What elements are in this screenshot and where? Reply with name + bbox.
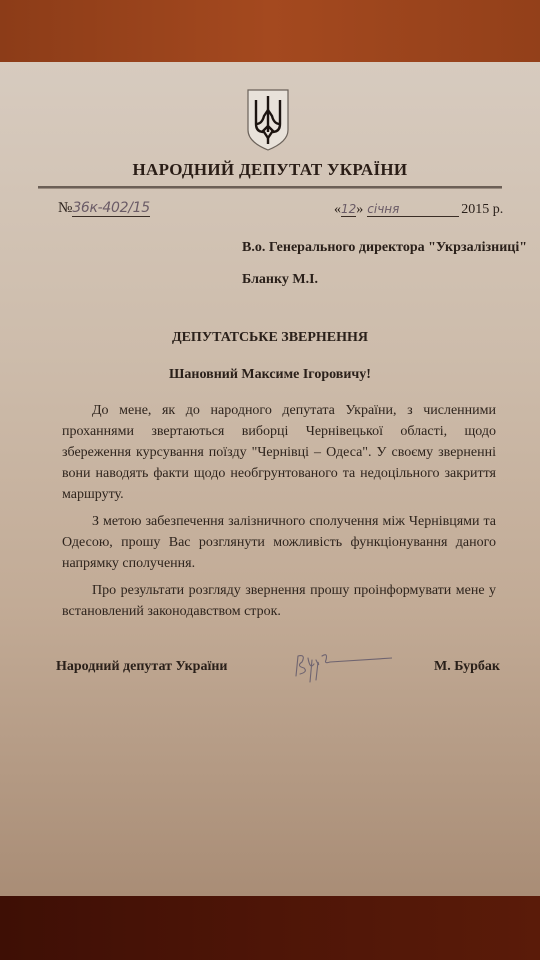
date-year: 2015 р. (461, 202, 503, 217)
letter-body: До мене, як до народного депутата Україн… (62, 400, 496, 628)
addressee-name: Бланку М.І. (242, 272, 318, 288)
signatory-name: М. Бурбак (434, 659, 500, 675)
handwritten-signature-icon (292, 646, 392, 686)
date-close-quote: » (356, 202, 363, 217)
letter-paper: НАРОДНИЙ ДЕПУТАТ УКРАЇНИ №36к-402/15 «12… (0, 62, 540, 896)
signatory-position: Народний депутат України (56, 659, 227, 675)
reference-prefix: № (58, 200, 72, 216)
body-paragraph: Про результати розгляду звернення прошу … (62, 580, 496, 622)
header-divider (38, 186, 502, 188)
wood-table-top (0, 0, 540, 62)
header-title: НАРОДНИЙ ДЕПУТАТ УКРАЇНИ (0, 160, 540, 180)
wood-table-bottom (0, 896, 540, 960)
reference-number: №36к-402/15 (58, 200, 150, 217)
trident-emblem-icon (246, 88, 290, 152)
addressee-position: В.о. Генерального директора "Укрзалізниц… (242, 240, 527, 256)
date-day: 12 (341, 202, 356, 217)
date-open-quote: « (334, 202, 341, 217)
document-title: ДЕПУТАТСЬКЕ ЗВЕРНЕННЯ (0, 330, 540, 346)
salutation: Шановний Максиме Ігоровичу! (0, 367, 540, 383)
body-paragraph: До мене, як до народного депутата Україн… (62, 400, 496, 505)
date-month: січня (367, 202, 459, 217)
body-paragraph: З метою забезпечення залізничного сполуч… (62, 511, 496, 574)
reference-number-handwritten: 36к-402/15 (72, 200, 150, 217)
date-line: «12»січня2015 р. (334, 202, 503, 218)
